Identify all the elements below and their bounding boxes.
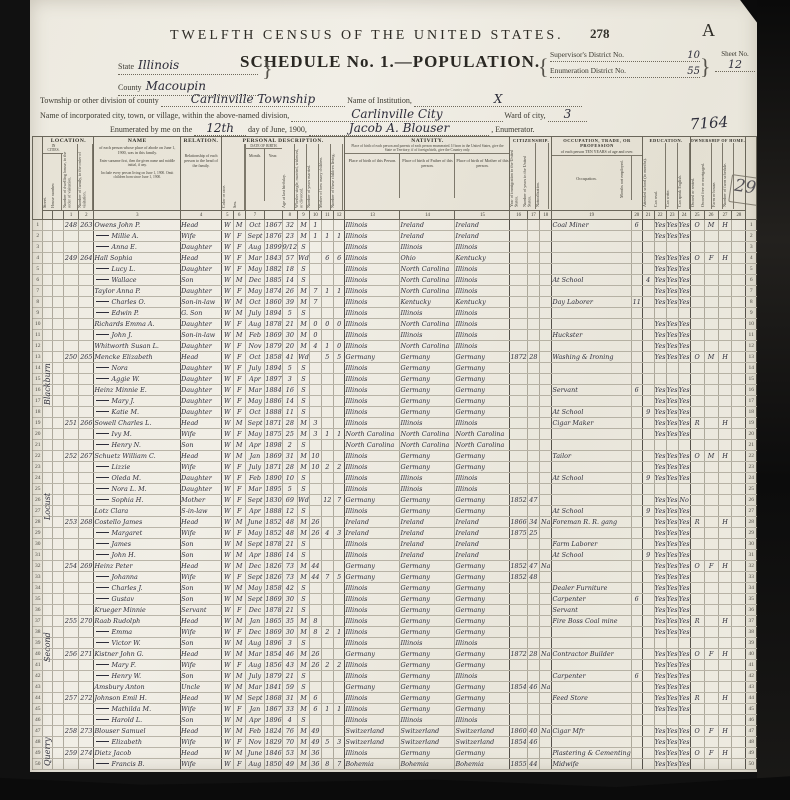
col-farm-house: H: [718, 451, 732, 462]
col-children-living: [333, 484, 345, 495]
col-owned-rented: R: [690, 616, 704, 627]
col-relation: Head: [181, 649, 222, 660]
col-can-write: Yes: [666, 627, 678, 638]
col-children-living: [333, 616, 345, 627]
col-speaks-english: [678, 308, 690, 319]
col-family-number: [79, 363, 94, 374]
col-age: 3: [282, 374, 297, 385]
col-street: [43, 231, 52, 242]
col-birthplace: Illinois: [345, 308, 400, 319]
col-relation: Son-in-law: [181, 330, 222, 341]
col-house: [52, 506, 63, 517]
col-house: [52, 627, 63, 638]
col-house: [52, 319, 63, 330]
col-father-birthplace: Ireland: [400, 220, 455, 231]
col-school-months: [642, 451, 654, 462]
col-birth-month: July: [245, 363, 265, 374]
col-children-living: [333, 561, 345, 572]
col-children-living: [333, 550, 345, 561]
col-can-write: Yes: [666, 286, 678, 297]
col-name: Katie M.: [94, 407, 181, 418]
line-number-right: 24: [746, 473, 757, 484]
col-mother-of-children: [321, 418, 333, 429]
col-years-in-us: [527, 440, 539, 451]
col-can-read: Yes: [654, 561, 666, 572]
col-birth-year: 1895: [265, 484, 282, 495]
col-years-married: 44: [309, 561, 321, 572]
col-marital-status: S: [298, 385, 310, 396]
col-years-married: 4: [309, 341, 321, 352]
col-relation: Daughter: [181, 341, 222, 352]
col-marital-status: M: [298, 297, 310, 308]
col-race: W: [221, 341, 233, 352]
col-mother-of-children: [321, 605, 333, 616]
col-farm-house: [718, 572, 732, 583]
line-number: 45: [33, 704, 43, 715]
col-birth-month: May: [245, 264, 265, 275]
col-immigration-year: [510, 330, 527, 341]
col-family-number: [79, 572, 94, 583]
col-house: [52, 407, 63, 418]
col-sex: F: [233, 737, 245, 748]
col-years-married: 1: [309, 231, 321, 242]
col-owned-rented: R: [690, 418, 704, 429]
ditto-dash: [96, 587, 109, 588]
col-birthplace: Germany: [345, 682, 400, 693]
col-mother-of-children: 1: [321, 231, 333, 242]
line-number-right: 23: [746, 462, 757, 473]
col-farm-schedule: [732, 429, 746, 440]
col-relation: Head: [181, 748, 222, 759]
col-sex: M: [233, 539, 245, 550]
col-dwelling-number: [63, 671, 78, 682]
col-relation: Wife: [181, 572, 222, 583]
col-dwelling-number: 252: [63, 451, 78, 462]
col-name: Lucy L.: [94, 264, 181, 275]
col-speaks-english: Yes: [678, 275, 690, 286]
census-row-39: 39Victor W.SonWMAug18963SIllinoisIllinoi…: [33, 638, 757, 649]
col-can-read: Yes: [654, 264, 666, 275]
col-birthplace: Illinois: [345, 539, 400, 550]
line-number: 10: [33, 319, 43, 330]
col-naturalization: [539, 253, 551, 264]
col-occupation: [552, 528, 631, 539]
col-can-write: Yes: [666, 352, 678, 363]
col-school-months: [642, 594, 654, 605]
column-number: 18: [539, 211, 551, 220]
line-number: 23: [33, 462, 43, 473]
col-months-unemployed: 6: [631, 671, 642, 682]
col-father-birthplace: Illinois: [400, 330, 455, 341]
col-children-living: [333, 363, 345, 374]
col-years-married: [309, 308, 321, 319]
census-row-30: 30JamesSonWMSept187821SIllinoisIrelandIr…: [33, 539, 757, 550]
col-marital-status: S: [298, 407, 310, 418]
line-number-right: 4: [746, 253, 757, 264]
col-sex: M: [233, 297, 245, 308]
col-owned-rented: [690, 429, 704, 440]
line-number: 40: [33, 649, 43, 660]
col-mother-birthplace: Germany: [455, 704, 510, 715]
col-age: 31: [282, 451, 297, 462]
pencil-note: 7164: [689, 113, 728, 134]
col-months-unemployed: [631, 275, 642, 286]
ditto-dash: [96, 664, 109, 665]
township-value: Carlinville Township: [161, 92, 345, 107]
col-farm-house: [718, 264, 732, 275]
col-birth-month: Jan: [245, 451, 265, 462]
col-race: W: [221, 352, 233, 363]
street-name-second: Second: [43, 578, 52, 662]
col-birth-year: 1843: [265, 253, 282, 264]
col-birth-year: 1860: [265, 297, 282, 308]
col-years-in-us: [527, 407, 539, 418]
col-farm-house: [718, 407, 732, 418]
col-immigration-year: [510, 242, 527, 253]
col-farm-house: H: [718, 561, 732, 572]
col-can-read: Yes: [654, 385, 666, 396]
col-marital-status: M: [298, 627, 310, 638]
col-dwelling-number: [63, 363, 78, 374]
col-can-write: Yes: [666, 231, 678, 242]
column-number: 24: [678, 211, 690, 220]
col-marital-status: S: [298, 473, 310, 484]
col-speaks-english: Yes: [678, 396, 690, 407]
col-mother-of-children: [321, 275, 333, 286]
col-relation: Wife: [181, 462, 222, 473]
col-naturalization: [539, 748, 551, 759]
col-family-number: [79, 715, 94, 726]
col-school-months: [642, 242, 654, 253]
line-number: 25: [33, 484, 43, 495]
col-birth-year: 1869: [265, 330, 282, 341]
col-mother-of-children: [321, 748, 333, 759]
col-free-mortgaged: [704, 473, 718, 484]
page-stamp: 278: [590, 26, 610, 42]
col-age: 30: [282, 330, 297, 341]
col-age: 57: [282, 253, 297, 264]
corner-letter: A: [702, 20, 715, 41]
census-row-46: 46Harold L.SonWMApr18964SIllinoisIllinoi…: [33, 715, 757, 726]
col-mother-of-children: [321, 220, 333, 231]
col-sex: M: [233, 583, 245, 594]
col-dwelling-number: [63, 396, 78, 407]
col-sex: F: [233, 495, 245, 506]
col-free-mortgaged: F: [704, 726, 718, 737]
col-owned-rented: [690, 583, 704, 594]
col-mother-birthplace: Illinois: [455, 473, 510, 484]
col-can-read: Yes: [654, 682, 666, 693]
col-sex: F: [233, 385, 245, 396]
col-race: W: [221, 231, 233, 242]
col-naturalization: [539, 660, 551, 671]
col-birth-month: June: [245, 748, 265, 759]
col-mother-birthplace: Germany: [455, 385, 510, 396]
supervisor-district-label: Supervisor's District No.: [550, 50, 624, 61]
col-school-months: [642, 462, 654, 473]
col-years-married: [309, 605, 321, 616]
col-house: [52, 495, 63, 506]
line-number: 31: [33, 550, 43, 561]
col-dwelling-number: [63, 473, 78, 484]
col-house: [52, 429, 63, 440]
census-row-34: 34Charles J.SonWMMay185842SIllinoisGerma…: [33, 583, 757, 594]
col-occupation: Cigar Maker: [552, 418, 631, 429]
col-sex: F: [233, 341, 245, 352]
col-age: 2: [282, 440, 297, 451]
col-speaks-english: [678, 715, 690, 726]
col-naturalization: [539, 451, 551, 462]
col-sex: M: [233, 715, 245, 726]
col-free-mortgaged: M: [704, 352, 718, 363]
col-birthplace: Illinois: [345, 330, 400, 341]
col-sex: M: [233, 550, 245, 561]
col-birth-year: 1850: [265, 759, 282, 770]
col-months-unemployed: [631, 363, 642, 374]
col-years-married: 10: [309, 451, 321, 462]
col-owned-rented: [690, 396, 704, 407]
col-farm-schedule: [732, 473, 746, 484]
col-years-married: [309, 253, 321, 264]
col-dwelling-number: [63, 297, 78, 308]
col-immigration-year: [510, 627, 527, 638]
col-birth-year: 1896: [265, 638, 282, 649]
col-free-mortgaged: [704, 682, 718, 693]
line-number-right: 3: [746, 242, 757, 253]
col-race: W: [221, 363, 233, 374]
col-age: 11: [282, 407, 297, 418]
col-relation: Wife: [181, 759, 222, 770]
col-dwelling-number: [63, 715, 78, 726]
col-mother-of-children: 4: [321, 528, 333, 539]
col-dwelling-number: [63, 264, 78, 275]
col-months-unemployed: [631, 660, 642, 671]
col-years-in-us: [527, 660, 539, 671]
col-age: 32: [282, 220, 297, 231]
col-farm-schedule: [732, 407, 746, 418]
col-birth-year: 1886: [265, 550, 282, 561]
col-mother-birthplace: Germany: [455, 748, 510, 759]
col-occupation: Day Laborer: [552, 297, 631, 308]
col-years-married: 49: [309, 737, 321, 748]
col-father-birthplace: Ireland: [400, 528, 455, 539]
col-occupation: [552, 704, 631, 715]
col-birthplace: Illinois: [345, 550, 400, 561]
col-can-read: Yes: [654, 693, 666, 704]
col-house: [52, 594, 63, 605]
col-mother-birthplace: Germany: [455, 605, 510, 616]
col-years-married: 3: [309, 418, 321, 429]
col-naturalization: [539, 319, 551, 330]
col-father-birthplace: Germany: [400, 627, 455, 638]
col-race: W: [221, 429, 233, 440]
col-birth-month: May: [245, 396, 265, 407]
col-years-in-us: 48: [527, 572, 539, 583]
col-can-write: Yes: [666, 528, 678, 539]
line-number: 6: [33, 275, 43, 286]
line-number-right: 13: [746, 352, 757, 363]
col-street: [43, 407, 52, 418]
col-years-married: 6: [309, 693, 321, 704]
col-age: 25: [282, 429, 297, 440]
col-years-in-us: 46: [527, 737, 539, 748]
line-number: 46: [33, 715, 43, 726]
col-months-unemployed: [631, 231, 642, 242]
col-school-months: 9: [642, 506, 654, 517]
col-birth-year: 1830: [265, 495, 282, 506]
col-occupation: [552, 561, 631, 572]
col-marital-status: M: [298, 649, 310, 660]
col-birth-month: Dec: [245, 627, 265, 638]
col-can-read: Yes: [654, 352, 666, 363]
col-race: W: [221, 297, 233, 308]
col-birthplace: Germany: [345, 572, 400, 583]
col-house: [52, 550, 63, 561]
col-occupation: Plastering & Cementing: [552, 748, 631, 759]
col-can-read: [654, 484, 666, 495]
col-mother-of-children: 8: [321, 759, 333, 770]
census-row-32: 32254269Heinz PeterHeadWMDec182673M44Ger…: [33, 561, 757, 572]
col-months-unemployed: [631, 737, 642, 748]
col-father-birthplace: Germany: [400, 374, 455, 385]
col-sex: F: [233, 374, 245, 385]
col-months-unemployed: [631, 341, 642, 352]
col-father-birthplace: Illinois: [400, 418, 455, 429]
col-farm-schedule: [732, 451, 746, 462]
census-row-28: 28253268Costello JamesHeadWMJune185248M2…: [33, 517, 757, 528]
col-farm-schedule: [732, 286, 746, 297]
col-months-unemployed: [631, 517, 642, 528]
col-dwelling-number: 256: [63, 649, 78, 660]
col-years-in-us: [527, 220, 539, 231]
col-father-birthplace: Germany: [400, 748, 455, 759]
line-number: 9: [33, 308, 43, 319]
col-school-months: [642, 396, 654, 407]
col-children-living: [333, 275, 345, 286]
col-children-living: 1: [333, 627, 345, 638]
col-farm-schedule: [732, 539, 746, 550]
col-age: 21: [282, 605, 297, 616]
col-can-write: Yes: [666, 605, 678, 616]
col-name: Heinz Peter: [94, 561, 181, 572]
col-house: [52, 440, 63, 451]
col-age: 26: [282, 286, 297, 297]
col-speaks-english: Yes: [678, 550, 690, 561]
column-number: 26: [704, 211, 718, 220]
col-immigration-year: 1855: [510, 759, 527, 770]
col-years-in-us: 47: [527, 495, 539, 506]
col-mother-birthplace: North Carolina: [455, 429, 510, 440]
line-number: 35: [33, 594, 43, 605]
column-number: [43, 211, 52, 220]
col-marital-status: M: [298, 528, 310, 539]
col-birth-month: Dec: [245, 561, 265, 572]
col-children-living: 1: [333, 429, 345, 440]
col-birth-month: Mar: [245, 385, 265, 396]
col-free-mortgaged: [704, 330, 718, 341]
col-marital-status: S: [298, 374, 310, 385]
col-occupation: At School: [552, 275, 631, 286]
col-can-read: Yes: [654, 517, 666, 528]
col-can-write: Yes: [666, 693, 678, 704]
col-label: Farm or house.: [712, 143, 723, 209]
col-occupation: [552, 660, 631, 671]
col-father-birthplace: Ohio: [400, 253, 455, 264]
col-birth-month: Nov: [245, 737, 265, 748]
line-number-right: 25: [746, 484, 757, 495]
col-street: [43, 429, 52, 440]
col-farm-house: [718, 583, 732, 594]
col-farm-schedule: [732, 748, 746, 759]
col-father-birthplace: Ireland: [400, 231, 455, 242]
col-free-mortgaged: [704, 275, 718, 286]
col-farm-schedule: [732, 517, 746, 528]
col-father-birthplace: North Carolina: [400, 319, 455, 330]
col-label: Mother of how many children.: [319, 144, 331, 210]
col-can-write: Yes: [666, 407, 678, 418]
col-years-in-us: [527, 506, 539, 517]
col-naturalization: [539, 704, 551, 715]
col-occupation: Tailor: [552, 451, 631, 462]
col-naturalization: Na: [539, 726, 551, 737]
col-family-number: [79, 429, 94, 440]
col-farm-house: [718, 660, 732, 671]
ditto-dash: [96, 708, 109, 709]
col-race: W: [221, 759, 233, 770]
census-row-35: 35GustavSonWMSept186930SIllinoisGermanyG…: [33, 594, 757, 605]
col-father-birthplace: Switzerland: [400, 737, 455, 748]
col-dwelling-number: [63, 374, 78, 385]
col-dwelling-number: [63, 704, 78, 715]
col-free-mortgaged: F: [704, 649, 718, 660]
col-naturalization: [539, 242, 551, 253]
col-immigration-year: [510, 429, 527, 440]
col-can-read: Yes: [654, 231, 666, 242]
census-row-17: 17Mary J.DaughterWFMay188614SIllinoisGer…: [33, 396, 757, 407]
col-sex: M: [233, 594, 245, 605]
col-mother-birthplace: Germany: [455, 627, 510, 638]
col-school-months: [642, 638, 654, 649]
col-birth-month: Oct: [245, 220, 265, 231]
col-free-mortgaged: [704, 374, 718, 385]
col-months-unemployed: [631, 605, 642, 616]
col-age: 33: [282, 704, 297, 715]
col-free-mortgaged: [704, 550, 718, 561]
col-marital-status: M: [298, 693, 310, 704]
col-immigration-year: [510, 231, 527, 242]
col-years-married: [309, 638, 321, 649]
col-father-birthplace: North Carolina: [400, 275, 455, 286]
col-mother-birthplace: Illinois: [455, 308, 510, 319]
col-birth-year: 1871: [265, 462, 282, 473]
col-mother-birthplace: Germany: [455, 660, 510, 671]
institution-label: Name of Institution,: [347, 96, 412, 105]
enumerated-label-1: Enumerated by me on the: [110, 125, 192, 134]
col-farm-house: [718, 286, 732, 297]
col-naturalization: [539, 396, 551, 407]
col-naturalization: [539, 759, 551, 770]
col-children-living: 2: [333, 462, 345, 473]
col-free-mortgaged: [704, 704, 718, 715]
col-can-write: Yes: [666, 682, 678, 693]
census-row-24: 24Oleda M.DaughterWFFeb189010SIllinoisIl…: [33, 473, 757, 484]
col-relation: Head: [181, 561, 222, 572]
col-immigration-year: [510, 704, 527, 715]
col-can-read: [654, 440, 666, 451]
col-can-write: Yes: [666, 517, 678, 528]
col-dwelling-number: [63, 660, 78, 671]
col-naturalization: [539, 341, 551, 352]
